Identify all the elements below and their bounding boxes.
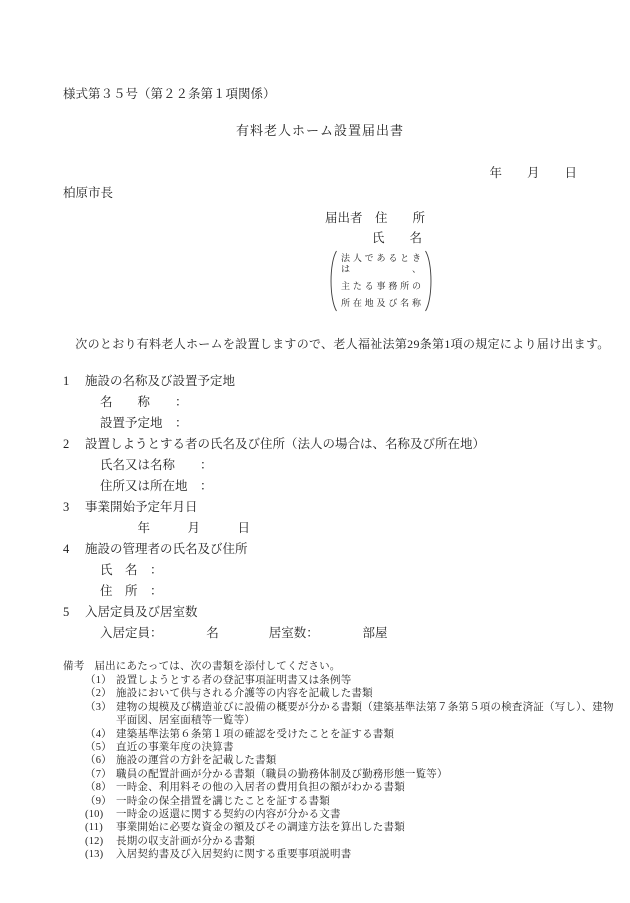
section-field-line: 入居定員： 名 居室数： 部屋 xyxy=(100,623,577,644)
attachment-item: (10) 一時金の返還に関する契約の内容が分かる文書 xyxy=(85,808,617,821)
section-field-line: 氏 名 ： xyxy=(100,560,577,581)
attachment-item: （6） 施設の運営の方針を記載した書類 xyxy=(85,754,617,767)
section-5: 5 入居定員及び居室数 入居定員： 名 居室数： 部屋 xyxy=(63,602,577,644)
corporate-note-line: 所在地及び名称 xyxy=(341,298,421,309)
attachment-item: (11) 事業開始に必要な資金の額及びその調達方法を算出した書類 xyxy=(85,821,617,834)
left-bracket-icon xyxy=(327,250,338,312)
notes-block: 備考 届出にあたっては、次の書類を添付してください。 （1） 設置しようとする者… xyxy=(63,660,617,862)
applicant-address-line: 届出者 住 所 xyxy=(325,208,577,228)
attachment-item-text: 建築基準法第６条第１項の確認を受けたことを証する書類 xyxy=(116,728,617,741)
attachment-item: （8） 一時金、利用料その他の入居者の費用負担の額がわかる書類 xyxy=(85,781,617,794)
attachment-item: （5） 直近の事業年度の決算書 xyxy=(85,741,617,754)
section-2: 2 設置しようとする者の氏名及び住所（法人の場合は、名称及び所在地） 氏名又は名… xyxy=(63,434,577,497)
attachment-item: （3） 建物の規模及び構造並びに設備の概要が分かる書類（建築基準法第７条第５項の… xyxy=(85,701,617,728)
attachment-item-text: 一時金の返還に関する契約の内容が分かる文書 xyxy=(116,808,617,821)
attachment-item-text: 施設において供与される介護等の内容を記載した書類 xyxy=(116,687,617,700)
attachment-item-text: 職員の配置計画が分かる書類（職員の勤務体制及び勤務形態一覧等） xyxy=(116,768,617,781)
section-heading: 施設の管理者の氏名及び住所 xyxy=(85,539,248,560)
section-heading: 事業開始予定年月日 xyxy=(85,497,198,518)
attachment-item-text: 設置しようとする者の登記事項証明書又は条例等 xyxy=(116,674,617,687)
sections: 1 施設の名称及び設置予定地 名 称 ： 設置予定地 ： 2 設置しようとする者… xyxy=(63,371,577,644)
attachment-item: （2） 施設において供与される介護等の内容を記載した書類 xyxy=(85,687,617,700)
corporate-note: 法人であるときは、 主たる事務所の 所在地及び名称 xyxy=(327,250,577,312)
section-number: 2 xyxy=(63,434,85,455)
attachment-item-text: 一時金、利用料その他の入居者の費用負担の額がわかる書類 xyxy=(116,781,617,794)
section-field-line: 住所又は所在地 ： xyxy=(100,476,577,497)
attachment-item-number: (11) xyxy=(85,821,116,834)
attachment-item: (12) 長期の収支計画が分かる書類 xyxy=(85,835,617,848)
section-heading: 設置しようとする者の氏名及び住所（法人の場合は、名称及び所在地） xyxy=(85,434,485,455)
corporate-note-line: 主たる事務所の xyxy=(341,281,421,292)
attachment-item-number: (10) xyxy=(85,808,116,821)
corporate-note-line: 法人であるときは、 xyxy=(341,253,421,275)
statement: 次のとおり有料老人ホームを設置しますので、老人福祉法第29条第1項の規定により届… xyxy=(63,336,577,353)
attachment-item: （7） 職員の配置計画が分かる書類（職員の勤務体制及び勤務形態一覧等） xyxy=(85,768,617,781)
form-number: 様式第３５号（第２２条第１項関係） xyxy=(63,86,577,102)
attachment-item-number: (13) xyxy=(85,848,116,861)
attachment-item-number: （5） xyxy=(85,741,116,754)
attachment-item: （1） 設置しようとする者の登記事項証明書又は条例等 xyxy=(85,674,617,687)
attachment-item-number: （7） xyxy=(85,768,116,781)
applicant-name-line: 氏 名 xyxy=(372,228,577,248)
attachment-item-number: （6） xyxy=(85,754,116,767)
notes-label: 備考 xyxy=(63,660,84,674)
date-line: 年 月 日 xyxy=(63,165,577,182)
attachment-item-number: （2） xyxy=(85,687,116,700)
section-field-line: 年 月 日 xyxy=(100,518,577,539)
corporate-note-text: 法人であるときは、 主たる事務所の 所在地及び名称 xyxy=(341,250,421,312)
attachment-item-text: 事業開始に必要な資金の額及びその調達方法を算出した書類 xyxy=(116,821,617,834)
attachment-item: (13) 入居契約書及び入居契約に関する重要事項説明書 xyxy=(85,848,617,861)
section-1: 1 施設の名称及び設置予定地 名 称 ： 設置予定地 ： xyxy=(63,371,577,434)
attachment-item-number: （8） xyxy=(85,781,116,794)
section-field-line: 氏名又は名称 ： xyxy=(100,455,577,476)
notes-intro: 届出にあたっては、次の書類を添付してください。 xyxy=(94,660,340,674)
section-number: 1 xyxy=(63,371,85,392)
section-4: 4 施設の管理者の氏名及び住所 氏 名 ： 住 所 ： xyxy=(63,539,577,602)
right-bracket-icon xyxy=(424,250,435,312)
section-field-line: 設置予定地 ： xyxy=(100,413,577,434)
attachment-item: （9） 一時金の保全措置を講じたことを証する書類 xyxy=(85,795,617,808)
attachment-item-text: 一時金の保全措置を講じたことを証する書類 xyxy=(116,795,617,808)
section-number: 4 xyxy=(63,539,85,560)
addressee: 柏原市長 xyxy=(63,185,577,202)
applicant-block: 届出者 住 所 氏 名 法人であるときは、 主たる事務所の 所在地及び名称 xyxy=(325,208,577,312)
attachment-item-text: 入居契約書及び入居契約に関する重要事項説明書 xyxy=(116,848,617,861)
attachment-item-text: 直近の事業年度の決算書 xyxy=(116,741,617,754)
document-page: 様式第３５号（第２２条第１項関係） 有料老人ホーム設置届出書 年 月 日 柏原市… xyxy=(0,0,630,903)
attachment-item-number: （9） xyxy=(85,795,116,808)
section-number: 3 xyxy=(63,497,85,518)
section-field-line: 住 所 ： xyxy=(100,581,577,602)
page-title: 有料老人ホーム設置届出書 xyxy=(63,122,577,139)
attachment-item-number: （3） xyxy=(85,701,116,728)
section-3: 3 事業開始予定年月日 年 月 日 xyxy=(63,497,577,539)
section-heading: 入居定員及び居室数 xyxy=(85,602,198,623)
attachment-item: （4） 建築基準法第６条第１項の確認を受けたことを証する書類 xyxy=(85,728,617,741)
attachment-item-text: 建物の規模及び構造並びに設備の概要が分かる書類（建築基準法第７条第５項の検査済証… xyxy=(116,701,617,728)
attachment-item-number: (12) xyxy=(85,835,116,848)
section-field-line: 名 称 ： xyxy=(100,392,577,413)
section-number: 5 xyxy=(63,602,85,623)
attachment-item-text: 長期の収支計画が分かる書類 xyxy=(116,835,617,848)
attachment-item-number: （4） xyxy=(85,728,116,741)
attachment-item-text: 施設の運営の方針を記載した書類 xyxy=(116,754,617,767)
attachment-item-number: （1） xyxy=(85,674,116,687)
section-heading: 施設の名称及び設置予定地 xyxy=(85,371,235,392)
